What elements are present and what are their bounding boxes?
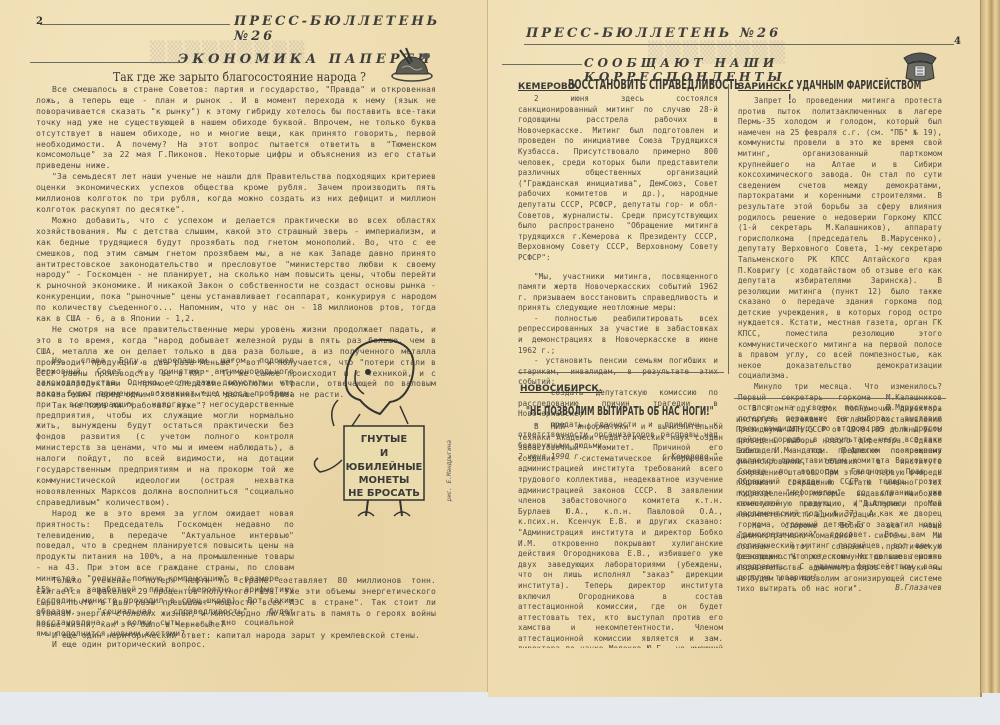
paragraph: Только утечение "потеря нефти по стране … [36,575,436,630]
article-location: ЗАРИНСК. [738,82,790,92]
paragraph: "За семьдесят лет наши ученые не нашли д… [36,171,436,215]
header-rule [524,44,954,45]
paragraph: В этом году срок полномочий директора ин… [736,404,942,521]
sign-line: МОНЕТЫ [359,475,410,486]
article-divider [734,398,946,399]
column-divider [728,84,729,374]
paragraph: И еще один нериторический ответ: капитал… [36,630,436,641]
paragraph: Но, слава Богу, черепашьим шагом подошел… [36,355,294,508]
bread-bowl-icon [388,46,436,84]
article-headline: "НЕ ПОЗВОЛИМ ВЫТИРАТЬ ОБ НАС НОГИ!" [526,404,714,418]
paragraph: В НИИ информатики и вычислительной техни… [518,422,723,648]
paragraph: "Мы, участники митинга, посвященного пам… [518,272,718,314]
paragraph: - полностью реабилитировать всех репресс… [518,314,718,356]
beggar-cartoon-illustration: ГНУТЫЕ И ЮБИЛЕЙНЫЕ МОНЕТЫ НЕ БРОСАТЬ [308,330,438,520]
page-number: 4 [954,36,961,47]
article-location: НОВОСИБИРСК. [520,384,602,394]
left-article-body-bottom: Только утечение "потеря нефти по стране … [36,575,436,640]
sign-line: И [380,448,388,459]
running-head: ПРЕСС-БЮЛЛЕТЕНЬ №26 [526,26,781,41]
page-number: 2 [36,16,43,27]
paragraph: 2 июня здесь состоялся санкционированный… [518,94,718,264]
left-page: ▒▒▒▒▒▒▒▒▒ 2 ПРЕСС-БЮЛЛЕТЕНЬ №26 ЭКОНОМИК… [0,0,488,692]
article-headline: ВОССТАНОВИТЬ СПРАВЕДЛИВОСТЬ [568,78,740,93]
article-divider [518,372,724,373]
artist-credit: рис. Е.Мандрыгина [446,440,453,501]
running-head: ПРЕСС-БЮЛЛЕТЕНЬ №26 [234,14,487,44]
sign-line: ЮБИЛЕЙНЫЕ [346,460,423,473]
header-rule [40,24,230,25]
section-rule [30,62,180,63]
paragraph: На стороне Бобко вся мощь административн… [736,521,942,595]
paragraph: Можно добавить, что с успехом и делается… [36,215,436,324]
sign-line: ГНУТЫЕ [361,434,408,445]
novosibirsk-article-body-col1: В НИИ информатики и вычислительной техни… [518,422,723,648]
section-rule [502,64,582,65]
right-page: ▒▒▒▒▒▒▒▒ ПРЕСС-БЮЛЛЕТЕНЬ №26 4 СООБЩАЮТ … [488,0,982,697]
page-edges [981,0,1000,693]
paragraph: Все смешалось в стране Советов: партия и… [36,84,436,171]
novosibirsk-article-body-col2: В этом году срок полномочий директора ин… [736,404,942,634]
article-headline: Так где же зарыто благосостояние народа … [113,70,366,84]
sign-line: НЕ БРОСАТЬ [348,488,420,499]
paragraph: Запрет о проведении митинга протеста про… [738,96,942,382]
